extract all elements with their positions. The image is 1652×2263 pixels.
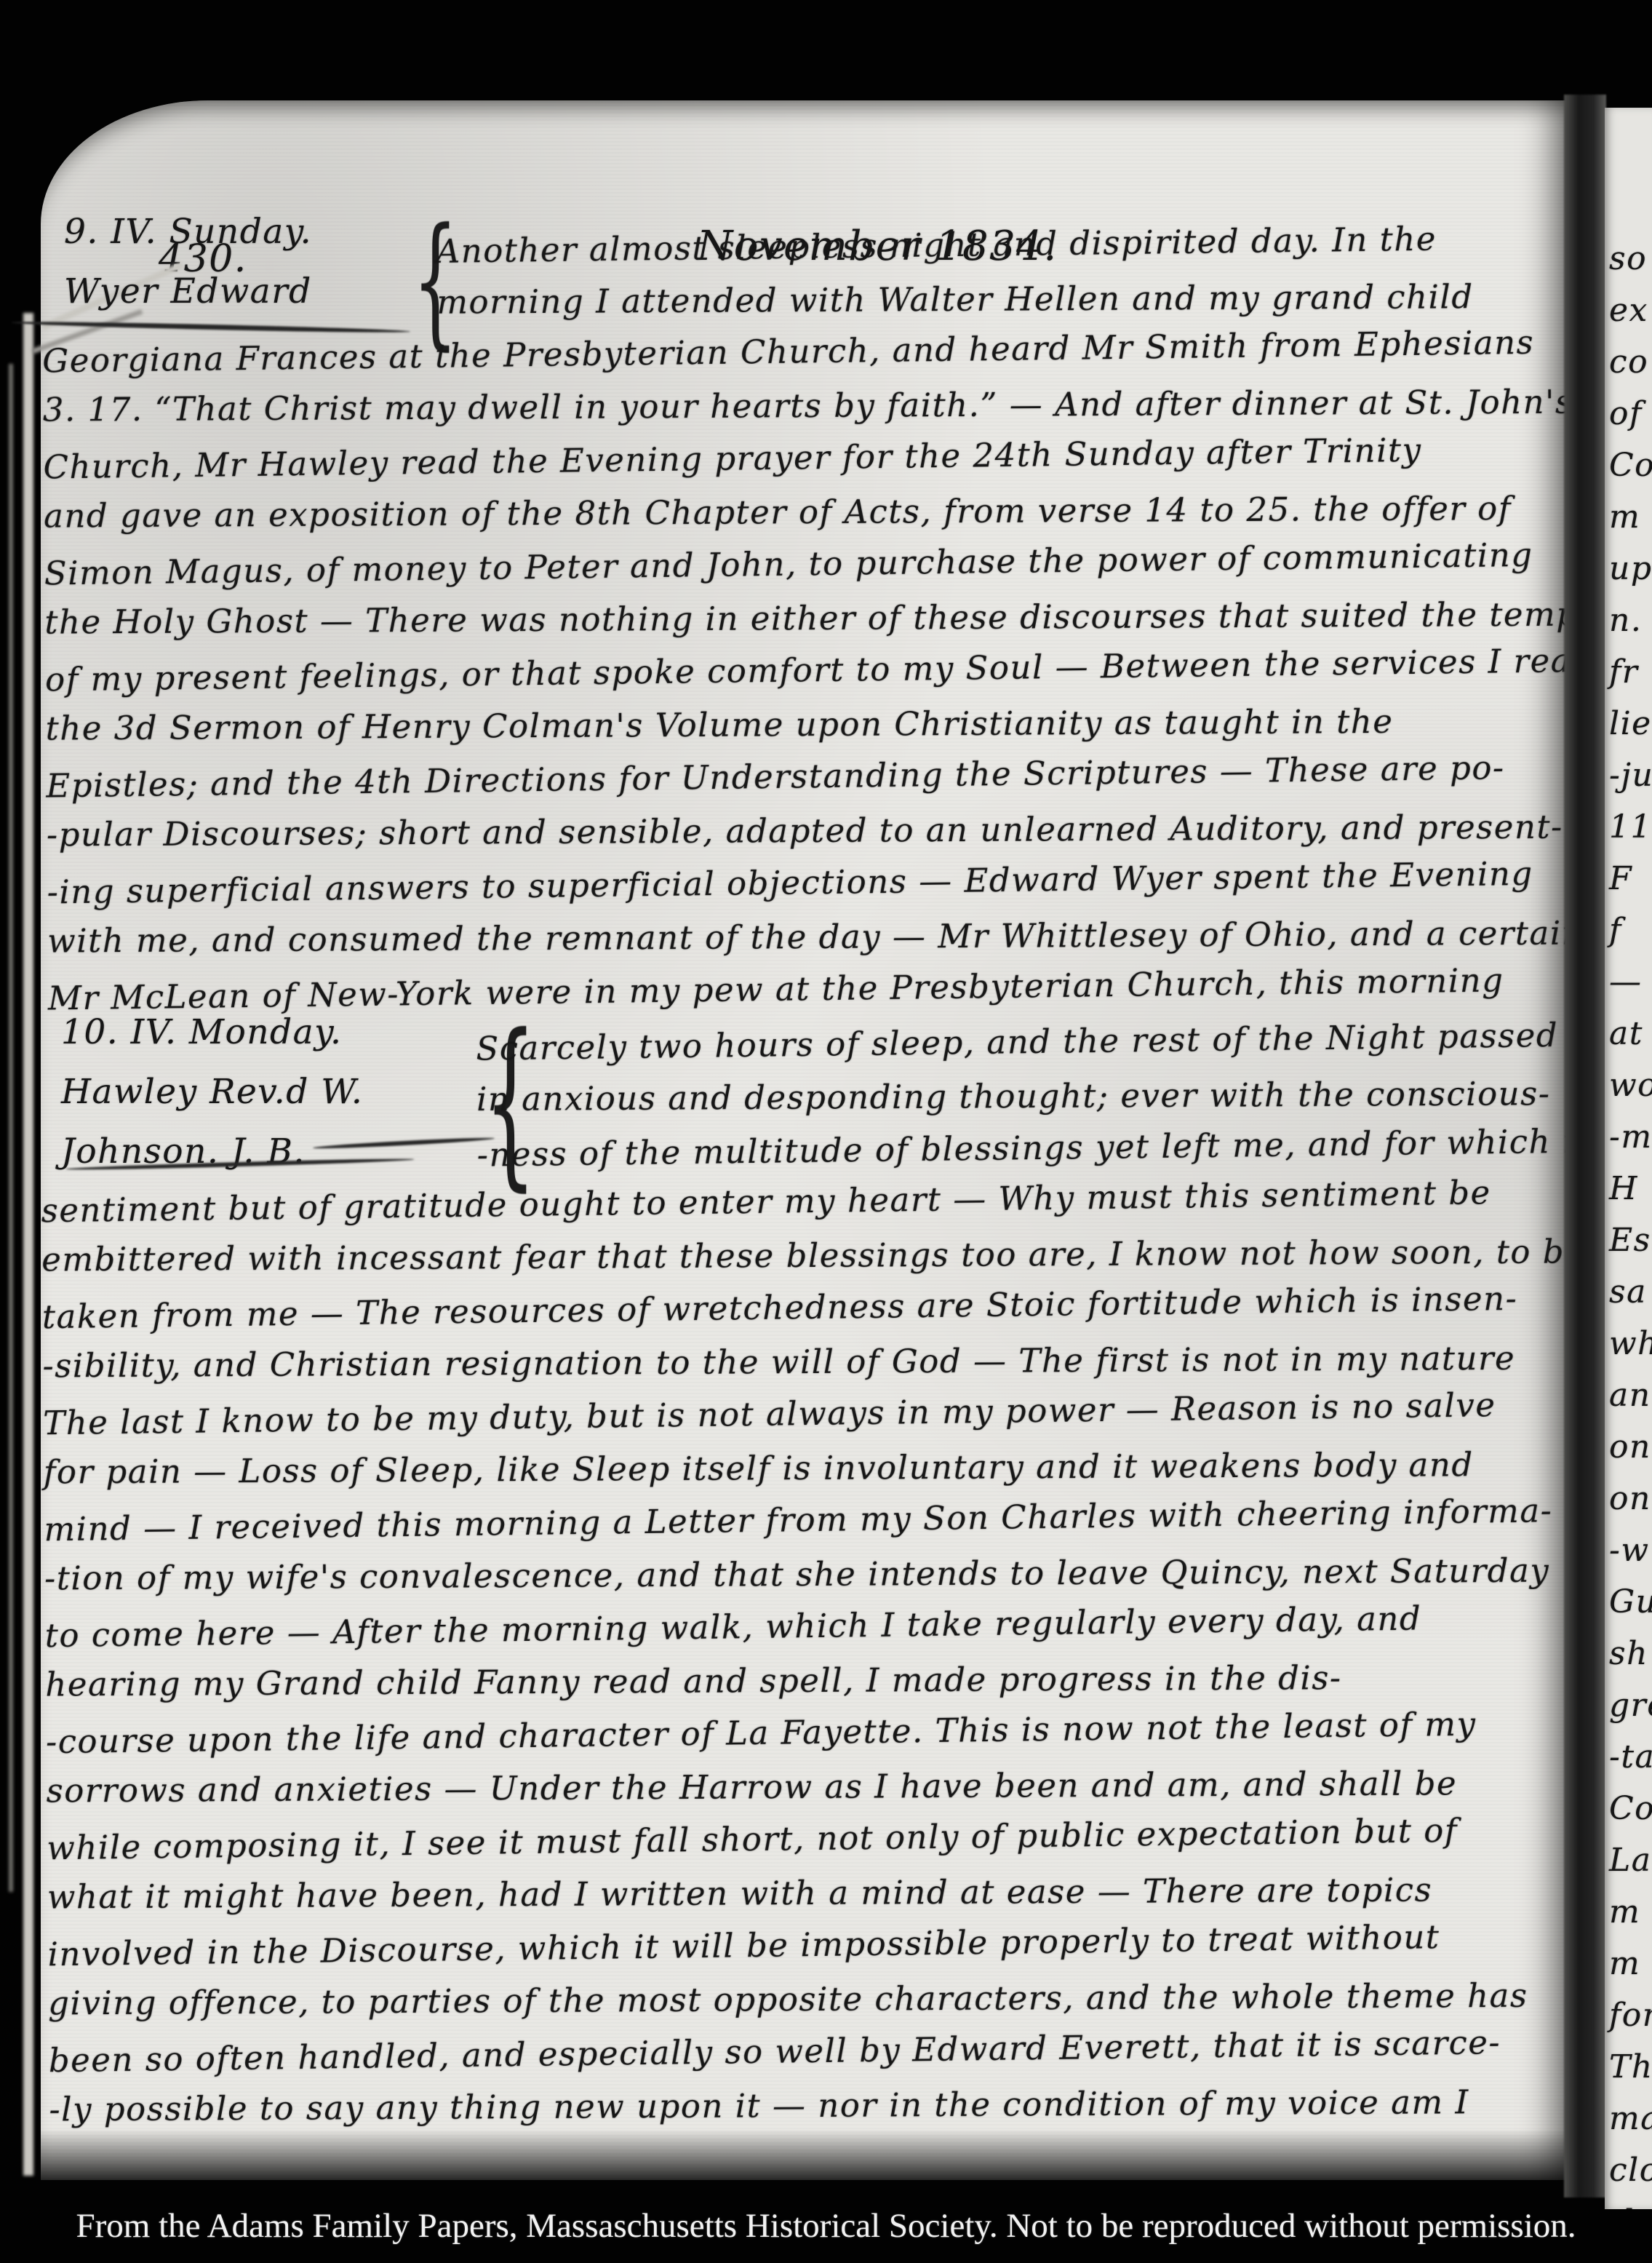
fragment-line: Co <box>1609 1783 1652 1834</box>
entry-9-full-lines: Georgiana Frances at the Presbyterian Ch… <box>42 318 1619 1022</box>
fragment-line: clo <box>1609 2144 1652 2196</box>
scanned-diary-page: 430. November 1834. 9. IV. Sunday. Wyer … <box>0 0 1652 2263</box>
entry-9-margin: 9. IV. Sunday. Wyer Edward <box>64 202 312 322</box>
fragment-line: m <box>1609 1886 1652 1938</box>
fragment-line: on <box>1609 1473 1652 1524</box>
manuscript-line: -ly possible to say any thing new upon i… <box>49 2075 1592 2136</box>
fragment-line: n. <box>1609 594 1652 646</box>
fragment-line: H <box>1609 1163 1652 1214</box>
fragment-line: -ju <box>1609 749 1652 801</box>
entry-10-visitor-1: Hawley Rev.d W. <box>61 1062 363 1122</box>
fragment-line: at <box>1609 1008 1652 1059</box>
fragment-line: Co <box>1609 440 1652 491</box>
fragment-line: ma <box>1609 2093 1652 2144</box>
manuscript-line: Another almost sleepless night and dispi… <box>436 212 1473 278</box>
fragment-line: fr <box>1609 646 1652 698</box>
fragment-line: lie <box>1609 698 1652 749</box>
fragment-line: 11 <box>1609 801 1652 853</box>
fragment-line: -m <box>1609 1111 1652 1163</box>
fragment-line: wo <box>1609 1059 1652 1111</box>
fragment-line: F <box>1609 853 1652 904</box>
fragment-line: up <box>1609 543 1652 594</box>
fragment-line: m <box>1609 491 1652 543</box>
fragment-line: an <box>1609 1369 1652 1421</box>
fragment-line: of <box>1609 388 1652 440</box>
fragment-line: sa <box>1609 1266 1652 1318</box>
fragment-line: m <box>1609 1938 1652 1989</box>
fragment-line: on <box>1609 1421 1652 1473</box>
facing-page-sliver: soexcoofComupn.frlie-ju11Ff—atwo-mHEstsa… <box>1605 108 1652 2209</box>
fragment-line: Gu <box>1609 1576 1652 1628</box>
entry-9-indented-lines: Another almost sleepless night and dispi… <box>436 214 1473 329</box>
book-gutter <box>1564 95 1606 2198</box>
entry-10-full-lines: sentiment but of gratitude ought to ente… <box>41 1168 1592 2137</box>
fragment-line: -w <box>1609 1524 1652 1576</box>
fragment-line: sh <box>1609 1628 1652 1679</box>
fragment-line: ex <box>1609 285 1652 336</box>
entry-10-margin: 10. IV. Monday. Hawley Rev.d W. Johnson.… <box>61 1003 363 1182</box>
entry-10-indented-lines: Scarcely two hours of sleep, and the res… <box>476 1010 1605 1180</box>
fragment-line: gre <box>1609 1679 1652 1731</box>
fragment-line: co <box>1609 336 1652 388</box>
fragment-line: — <box>1609 956 1652 1008</box>
fragment-line: -ta <box>1609 1731 1652 1783</box>
fragment-line: Est <box>1609 1214 1652 1266</box>
book-edge-strip <box>9 364 13 1892</box>
entry-10-date: 10. IV. Monday. <box>61 1003 363 1062</box>
facing-page-fragments: soexcoofComupn.frlie-ju11Ff—atwo-mHEstsa… <box>1609 233 1652 2209</box>
fragment-line: Th <box>1609 2041 1652 2093</box>
fragment-line: wh <box>1609 1318 1652 1369</box>
book-edge-strip <box>23 313 33 2176</box>
entry-9-visitor: Wyer Edward <box>64 262 312 322</box>
fragment-line: for <box>1609 1989 1652 2041</box>
fragment-line: La <box>1609 1834 1652 1886</box>
manuscript-line: Scarcely two hours of sleep, and the res… <box>476 1008 1605 1075</box>
entry-10-visitor-2: Johnson. J. B. <box>61 1122 363 1182</box>
entry-9-date: 9. IV. Sunday. <box>64 202 312 262</box>
fragment-line: f <box>1609 904 1652 956</box>
attribution-caption: From the Adams Family Papers, Massaschus… <box>0 2206 1652 2246</box>
fragment-line: so <box>1609 233 1652 285</box>
